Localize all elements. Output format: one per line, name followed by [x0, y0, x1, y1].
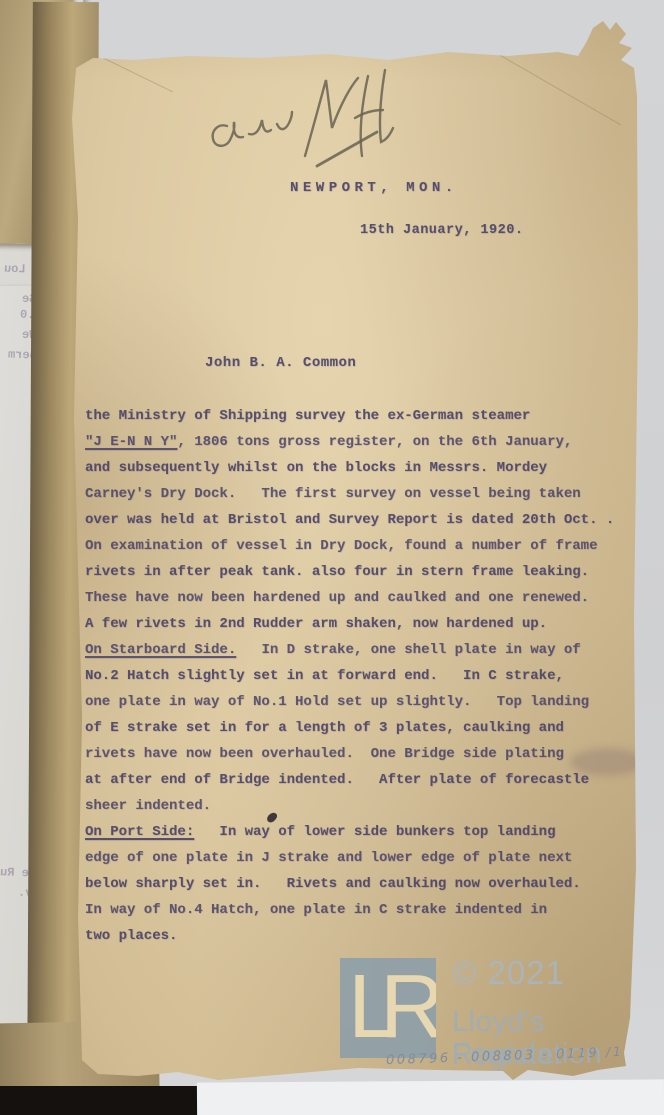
- copyright-text: © 2021: [452, 954, 565, 992]
- underlined-text: "J E-N N Y": [85, 434, 177, 450]
- body-line: one plate in way of No.1 Hold set up sli…: [85, 689, 614, 715]
- body-line: A few rivets in 2nd Rudder arm shaken, n…: [85, 611, 614, 637]
- body-line: rivets have now been overhauled. One Bri…: [85, 741, 614, 767]
- lloyds-register-logo: L R: [340, 958, 436, 1058]
- body-line: On Port Side: In way of lower side bunke…: [85, 819, 614, 845]
- document-page: NEWPORT, MON. 15th January, 1920. John B…: [58, 18, 644, 1100]
- body-line: No.2 Hatch slightly set in at forward en…: [85, 663, 614, 689]
- ink-smudge: [570, 748, 644, 776]
- body-line: the Ministry of Shipping survey the ex-G…: [85, 403, 614, 429]
- body-line: These have now been hardened up and caul…: [85, 585, 614, 611]
- location-line: NEWPORT, MON.: [290, 180, 458, 196]
- logo-letter-r: R: [380, 962, 436, 1052]
- body-line: Carney's Dry Dock. The first survey on v…: [85, 481, 614, 507]
- underlined-text: On Port Side:: [85, 824, 194, 840]
- body-line: two places.: [85, 923, 614, 949]
- scan-edge-black: [0, 1086, 200, 1115]
- body-line: over was held at Bristol and Survey Repo…: [85, 507, 614, 533]
- body-line: On Starboard Side. In D strake, one shel…: [85, 637, 614, 663]
- body-line: In way of No.4 Hatch, one plate in C str…: [85, 897, 614, 923]
- body-line: at after end of Bridge indented. After p…: [85, 767, 614, 793]
- body-line: below sharply set in. Rivets and caulkin…: [85, 871, 614, 897]
- pencil-signature: [205, 58, 435, 173]
- date-line: 15th January, 1920.: [360, 223, 523, 238]
- body-line: of E strake set in for a length of 3 pla…: [85, 715, 614, 741]
- body-text: the Ministry of Shipping survey the ex-G…: [85, 403, 614, 949]
- body-line: On examination of vessel in Dry Dock, fo…: [85, 533, 614, 559]
- body-line: edge of one plate in J strake and lower …: [85, 845, 614, 871]
- backing-sheet: [197, 1079, 664, 1115]
- underlined-text: On Starboard Side.: [85, 642, 236, 658]
- bleedthrough-fragment: Lou: [4, 262, 26, 277]
- salutation: John B. A. Common: [205, 355, 356, 371]
- body-line: sheer indented.: [85, 793, 614, 819]
- body-line: rivets in after peak tank. also four in …: [85, 559, 614, 585]
- body-line: and subsequently whilst on the blocks in…: [85, 455, 614, 481]
- body-line: "J E-N N Y", 1806 tons gross register, o…: [85, 429, 614, 455]
